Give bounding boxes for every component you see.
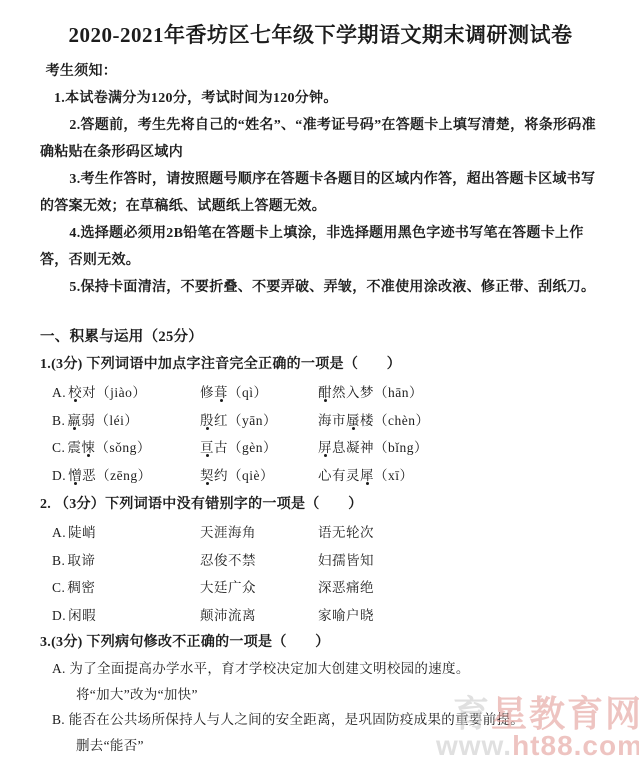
option-label: D.	[52, 608, 66, 623]
option-cell: 忍俊不禁	[200, 547, 318, 575]
option-cell: 妇孺皆知	[318, 547, 601, 575]
question-3: 3.(3分) 下列病句修改不正确的一项是（ ） A. 为了全面提高办学水平，育才…	[40, 629, 601, 758]
option-cell: C.震悚（sǒng）	[52, 434, 200, 462]
option-row: C.震悚（sǒng）亘古（gèn）屏息凝神（bǐng）	[52, 434, 601, 462]
question-3-option-b-fix: 删去“能否”	[76, 733, 601, 759]
option-label: A.	[52, 525, 66, 540]
notice-item-2: 2.答题前，考生先将自己的“姓名”、“准考证号码”在答题卡上填写清楚，将条形码准…	[40, 112, 601, 166]
option-label: C.	[52, 440, 65, 455]
option-label: A.	[52, 385, 66, 400]
option-row: D.憎恶（zēng）契约（qiè）心有灵犀（xī）	[52, 462, 601, 490]
notice-item-4: 4.选择题必须用2B铅笔在答题卡上填涂，非选择题用黑色字迹书写笔在答题卡上作答，…	[40, 220, 601, 274]
option-cell: 大廷广众	[200, 574, 318, 602]
option-cell: 海市蜃楼（chèn）	[318, 407, 601, 435]
question-3-option-a-fix: 将“加大”改为“加快”	[76, 682, 601, 708]
option-cell: 深恶痛绝	[318, 574, 601, 602]
q2-options: A.陡峭天涯海角语无轮次B.取谛忍俊不禁妇孺皆知C.稠密大廷广众深恶痛绝D.闲暇…	[40, 519, 601, 629]
option-cell: 亘古（gèn）	[200, 434, 318, 462]
option-label: B.	[52, 712, 65, 727]
option-cell: B.羸弱（léi）	[52, 407, 200, 435]
option-cell: 天涯海角	[200, 519, 318, 547]
option-cell: C.稠密	[52, 574, 200, 602]
option-cell: 酣然入梦（hān）	[318, 379, 601, 407]
option-cell: 殷红（yān）	[200, 407, 318, 435]
option-cell: 屏息凝神（bǐng）	[318, 434, 601, 462]
option-cell: 契约（qiè）	[200, 462, 318, 490]
option-row: B.羸弱（léi）殷红（yān）海市蜃楼（chèn）	[52, 407, 601, 435]
option-row: A.陡峭天涯海角语无轮次	[52, 519, 601, 547]
option-cell: 家喻户晓	[318, 602, 601, 630]
question-3-stem: 3.(3分) 下列病句修改不正确的一项是（ ）	[40, 629, 601, 656]
q1-options: A.校对（jiào）修葺（qì）酣然入梦（hān）B.羸弱（léi）殷红（yān…	[40, 379, 601, 489]
notice-section: 考生须知： 1.本试卷满分为120分，考试时间为120分钟。 2.答题前，考生先…	[40, 58, 601, 301]
option-row: C.稠密大廷广众深恶痛绝	[52, 574, 601, 602]
option-cell: 颠沛流离	[200, 602, 318, 630]
option-label: A.	[52, 661, 66, 676]
question-3-option-b: B. 能否在公共场所保持人与人之间的安全距离，是巩固防疫成果的重要前提。	[52, 707, 601, 733]
option-label: C.	[52, 580, 65, 595]
option-label: D.	[52, 468, 66, 483]
option-label: B.	[52, 553, 65, 568]
option-cell: A.校对（jiào）	[52, 379, 200, 407]
question-1: 1.(3分) 下列词语中加点字注音完全正确的一项是（ ） A.校对（jiào）修…	[40, 351, 601, 489]
option-cell: B.取谛	[52, 547, 200, 575]
question-2-stem: 2. （3分）下列词语中没有错别字的一项是（ ）	[40, 491, 601, 519]
option-cell: 心有灵犀（xī）	[318, 462, 601, 490]
option-cell: 修葺（qì）	[200, 379, 318, 407]
option-row: B.取谛忍俊不禁妇孺皆知	[52, 547, 601, 575]
question-1-stem: 1.(3分) 下列词语中加点字注音完全正确的一项是（ ）	[40, 351, 601, 379]
option-row: D.闲暇颠沛流离家喻户晓	[52, 602, 601, 630]
option-cell: D.闲暇	[52, 602, 200, 630]
option-cell: 语无轮次	[318, 519, 601, 547]
page-title: 2020-2021年香坊区七年级下学期语文期末调研测试卷	[40, 20, 601, 50]
option-row: A.校对（jiào）修葺（qì）酣然入梦（hān）	[52, 379, 601, 407]
option-text: 为了全面提高办学水平，育才学校决定加大创建文明校园的速度。	[69, 661, 469, 676]
question-3-option-a: A. 为了全面提高办学水平，育才学校决定加大创建文明校园的速度。	[52, 656, 601, 682]
notice-item-5: 5.保持卡面清洁，不要折叠、不要弄破、弄皱，不准使用涂改液、修正带、刮纸刀。	[40, 274, 601, 301]
option-cell: D.憎恶（zēng）	[52, 462, 200, 490]
question-2: 2. （3分）下列词语中没有错别字的一项是（ ） A.陡峭天涯海角语无轮次B.取…	[40, 491, 601, 629]
option-label: B.	[52, 413, 65, 428]
option-text: 能否在公共场所保持人与人之间的安全距离，是巩固防疫成果的重要前提。	[69, 712, 524, 727]
exam-paper-page: 2020-2021年香坊区七年级下学期语文期末调研测试卷 考生须知： 1.本试卷…	[0, 0, 639, 760]
option-cell: A.陡峭	[52, 519, 200, 547]
section-heading: 一、积累与运用（25分）	[40, 323, 601, 351]
notice-item-3: 3.考生作答时，请按照题号顺序在答题卡各题目的区域内作答，超出答题卡区域书写的答…	[40, 166, 601, 220]
notice-heading: 考生须知：	[40, 58, 601, 85]
notice-item-1: 1.本试卷满分为120分，考试时间为120分钟。	[40, 85, 601, 112]
